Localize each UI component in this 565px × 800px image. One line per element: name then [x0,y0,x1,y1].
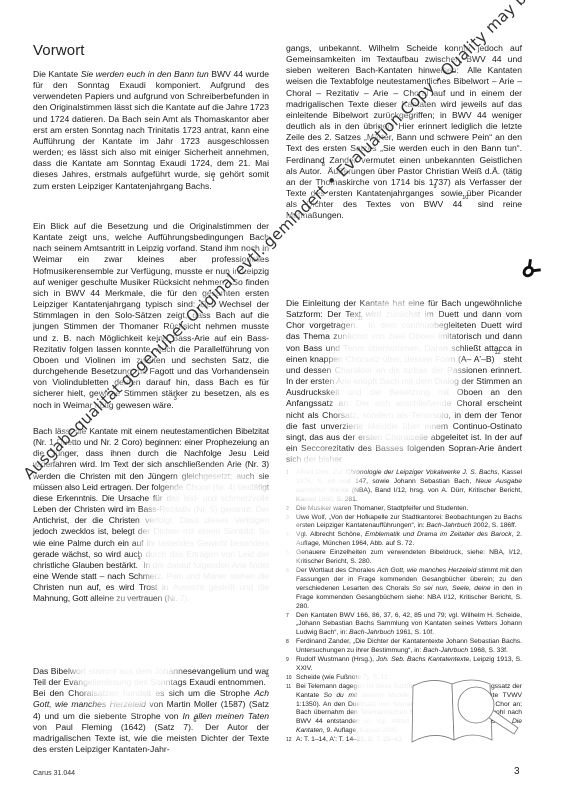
footnote-number: 11 [286,683,291,692]
carus-logo-icon [520,258,542,280]
footnote-number: 12 [286,736,292,745]
page-number: 3 [514,766,520,777]
footnote-text: Vgl. Albrecht Schöne, Emblematik und Dra… [296,531,522,547]
footnote-number: 9 [286,656,289,665]
footnote: 3Uwe Wolf, „Von der Hofkapelle zur Stadt… [286,514,522,532]
publisher-code: Carus 31.044 [33,770,75,777]
footnote-text: Ferdinand Zander, „Die Dichter der Kanta… [296,638,522,654]
preview-fade [355,670,415,745]
footnote: 5Genauere Einzelheiten zum verwendeten B… [286,549,522,567]
document-page: Vorwort Die Kantate Sie werden euch in d… [0,0,565,800]
book-magnifier-icon [410,678,520,748]
footnote: 6Der Wortlaut des Chorales Ach Gott, wie… [286,567,522,612]
footnote-number: 7 [286,612,289,621]
watermark-fade [70,600,180,710]
footnote: 8Ferdinand Zander, „Die Dichter der Kant… [286,638,522,656]
footnote-number: 10 [286,674,292,683]
footnote-text: Den Kantaten BWV 166, 86, 37, 6, 42, 85 … [296,612,522,637]
watermark-fade [280,450,360,510]
page-title: Vorwort [33,42,85,59]
paragraph: Ein Blick auf die Besetzung und die Orig… [33,221,269,411]
watermark-fade [140,470,300,620]
footnote-number: 8 [286,638,289,647]
footnote: 7Den Kantaten BWV 166, 86, 37, 6, 42, 85… [286,612,522,639]
footnote-text: Der Wortlaut des Chorales Ach Gott, wie … [296,567,522,610]
watermark-fade [330,300,460,450]
paragraph: Die Kantate Sie werden euch in den Bann … [33,69,269,192]
footnote: 4Vgl. Albrecht Schöne, Emblematik und Dr… [286,531,522,549]
footnote-text: Genauere Einzelheiten zum verwendeten Bi… [296,549,522,565]
footnote-text: Uwe Wolf, „Von der Hofkapelle zur Stadtk… [296,514,522,530]
